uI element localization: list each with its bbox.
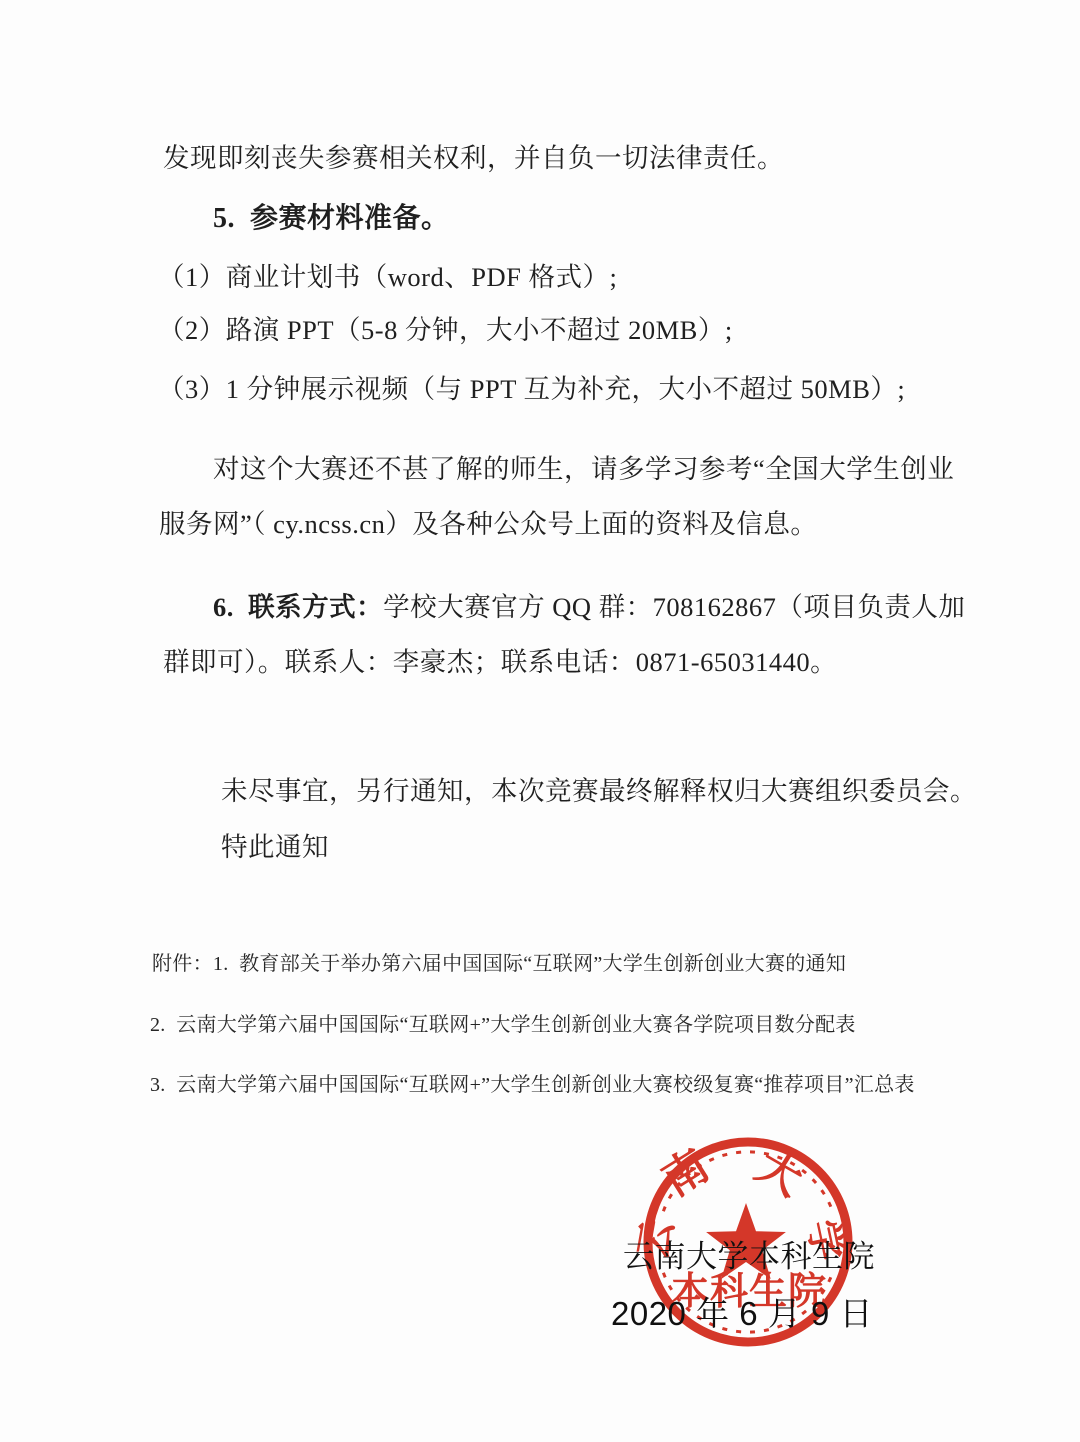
advice-paragraph-line-2: 服务网”（ cy.ncss.cn）及各种公众号上面的资料及信息。 (159, 508, 817, 541)
seal-arc-char-da: 大 (748, 1141, 811, 1205)
section5-item-2: （2）路演 PPT（5-8 分钟，大小不超过 20MB）; (158, 314, 733, 347)
section6-line-2: 群即可）。联系人：李豪杰；联系电话：0871-65031440。 (163, 646, 837, 679)
closing-line-2: 特此通知 (221, 831, 329, 864)
document-page: 发现即刻丧失参赛相关权利，并自负一切法律责任。 5. 参赛材料准备。 （1）商业… (0, 0, 1080, 1442)
attachment-line-2: 2. 云南大学第六届中国国际“互联网+”大学生创新创业大赛各学院项目数分配表 (150, 1013, 856, 1038)
advice-paragraph-line-1: 对这个大赛还不甚了解的师生，请多学习参考“全国大学生创业 (213, 453, 954, 486)
section5-item-1: （1）商业计划书（word、PDF 格式）; (158, 261, 617, 294)
section6-line-1: 6. 联系方式：学校大赛官方 QQ 群：708162867（项目负责人加 (213, 591, 965, 624)
signature-org: 云南大学本科生院 (623, 1231, 875, 1276)
attachment-line-1: 附件：1. 教育部关于举办第六届中国国际“互联网”大学生创新创业大赛的通知 (152, 952, 846, 977)
closing-line-1: 未尽事宜，另行通知，本次竞赛最终解释权归大赛组织委员会。 (221, 775, 977, 808)
section5-heading: 5. 参赛材料准备。 (213, 201, 450, 236)
section5-item-3: （3）1 分钟展示视频（与 PPT 互为补充，大小不超过 50MB）; (158, 373, 905, 406)
section6-text: 学校大赛官方 QQ 群：708162867（项目负责人加 (383, 592, 965, 622)
intro-line: 发现即刻丧失参赛相关权利，并自负一切法律责任。 (163, 142, 784, 175)
attachment-line-3: 3. 云南大学第六届中国国际“互联网+”大学生创新创业大赛校级复赛“推荐项目”汇… (150, 1073, 915, 1098)
signature-date: 2020 年 6 月 9 日 (611, 1288, 873, 1335)
section6-heading: 6. 联系方式： (213, 592, 383, 622)
